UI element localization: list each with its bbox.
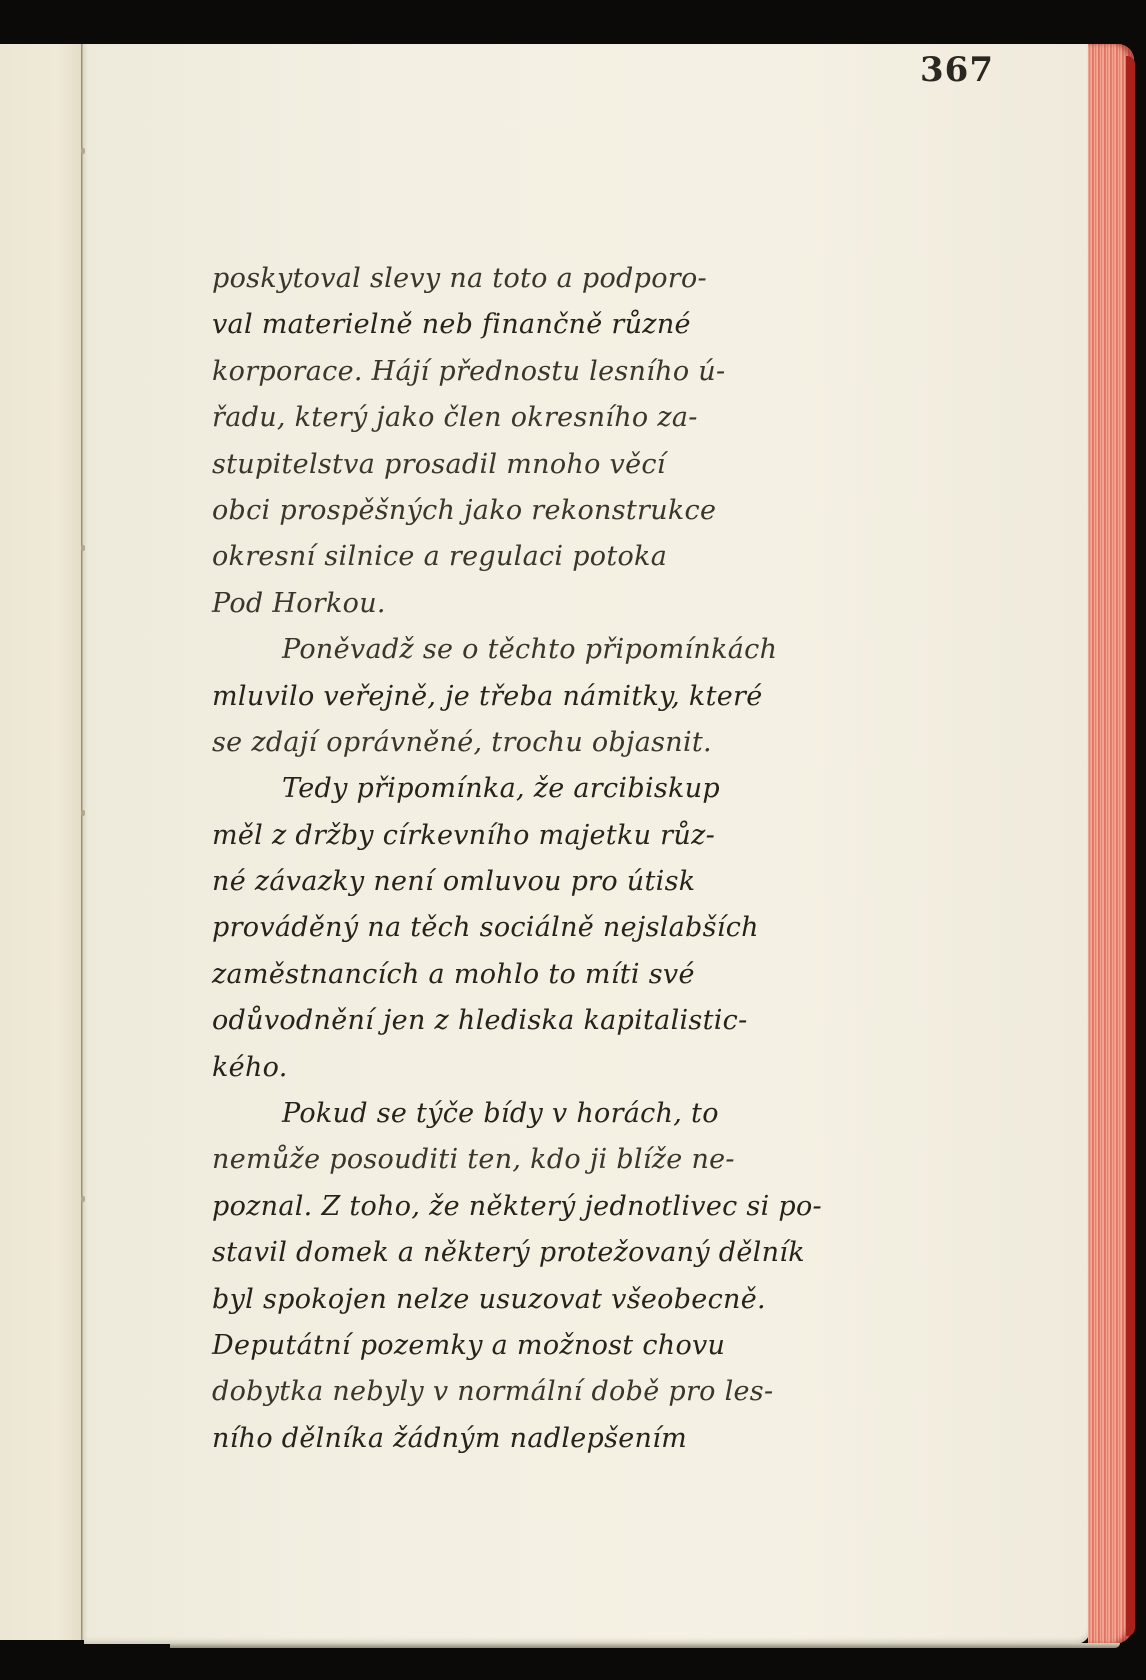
- text-line: Pod Horkou.: [212, 581, 852, 627]
- text-line: zaměstnancích a mohlo to míti své: [212, 952, 852, 998]
- text-line: okresní silnice a regulaci potoka: [212, 534, 852, 580]
- binding-thread-mark: [81, 148, 85, 154]
- binding-thread-mark: [81, 545, 85, 551]
- text-line: se zdají oprávněné, trochu objasnit.: [212, 720, 852, 766]
- page-number: 367: [920, 50, 994, 90]
- text-line: stupitelstva prosadil mnoho věcí: [212, 442, 852, 488]
- paragraph-start-line: Tedy připomínka, že arcibiskup: [212, 766, 852, 812]
- book-cover-edge: [1126, 56, 1135, 1636]
- paragraph-start-line: Pokud se týče bídy v horách, to: [212, 1091, 852, 1137]
- handwritten-text: poskytoval slevy na toto a podporo- val …: [212, 256, 852, 1462]
- text-line: val materielně neb finančně různé: [212, 302, 852, 348]
- text-line: kého.: [212, 1045, 852, 1091]
- text-line: né závazky není omluvou pro útisk: [212, 859, 852, 905]
- previous-page-edge: [0, 44, 82, 1640]
- text-line: poskytoval slevy na toto a podporo-: [212, 256, 852, 302]
- text-line: byl spokojen nelze usuzovat všeobecně.: [212, 1277, 852, 1323]
- text-line: odůvodnění jen z hlediska kapitalistic-: [212, 998, 852, 1044]
- text-line: nemůže posouditi ten, kdo ji blíže ne-: [212, 1137, 852, 1183]
- text-line: korporace. Hájí přednostu lesního ú-: [212, 349, 852, 395]
- text-line: řadu, který jako člen okresního za-: [212, 395, 852, 441]
- manuscript-page: 367 poskytoval slevy na toto a podporo- …: [84, 44, 1090, 1644]
- text-line: mluvilo veřejně, je třeba námitky, které: [212, 674, 852, 720]
- text-line: stavil domek a některý protežovaný dělní…: [212, 1230, 852, 1276]
- text-line: měl z držby církevního majetku růz-: [212, 813, 852, 859]
- text-line: Deputátní pozemky a možnost chovu: [212, 1323, 852, 1369]
- text-line: ního dělníka žádným nadlepšením: [212, 1416, 852, 1462]
- text-line: poznal. Z toho, že některý jednotlivec s…: [212, 1184, 852, 1230]
- text-line: prováděný na těch sociálně nejslabších: [212, 905, 852, 951]
- text-line: obci prospěšných jako rekonstrukce: [212, 488, 852, 534]
- binding-thread-mark: [81, 810, 85, 816]
- page-bottom-edge: [170, 1643, 1120, 1648]
- binding-thread-mark: [81, 1196, 85, 1202]
- text-line: dobytka nebyly v normální době pro les-: [212, 1369, 852, 1415]
- book-photo: 367 poskytoval slevy na toto a podporo- …: [0, 0, 1146, 1680]
- paragraph-start-line: Poněvadž se o těchto připomínkách: [212, 627, 852, 673]
